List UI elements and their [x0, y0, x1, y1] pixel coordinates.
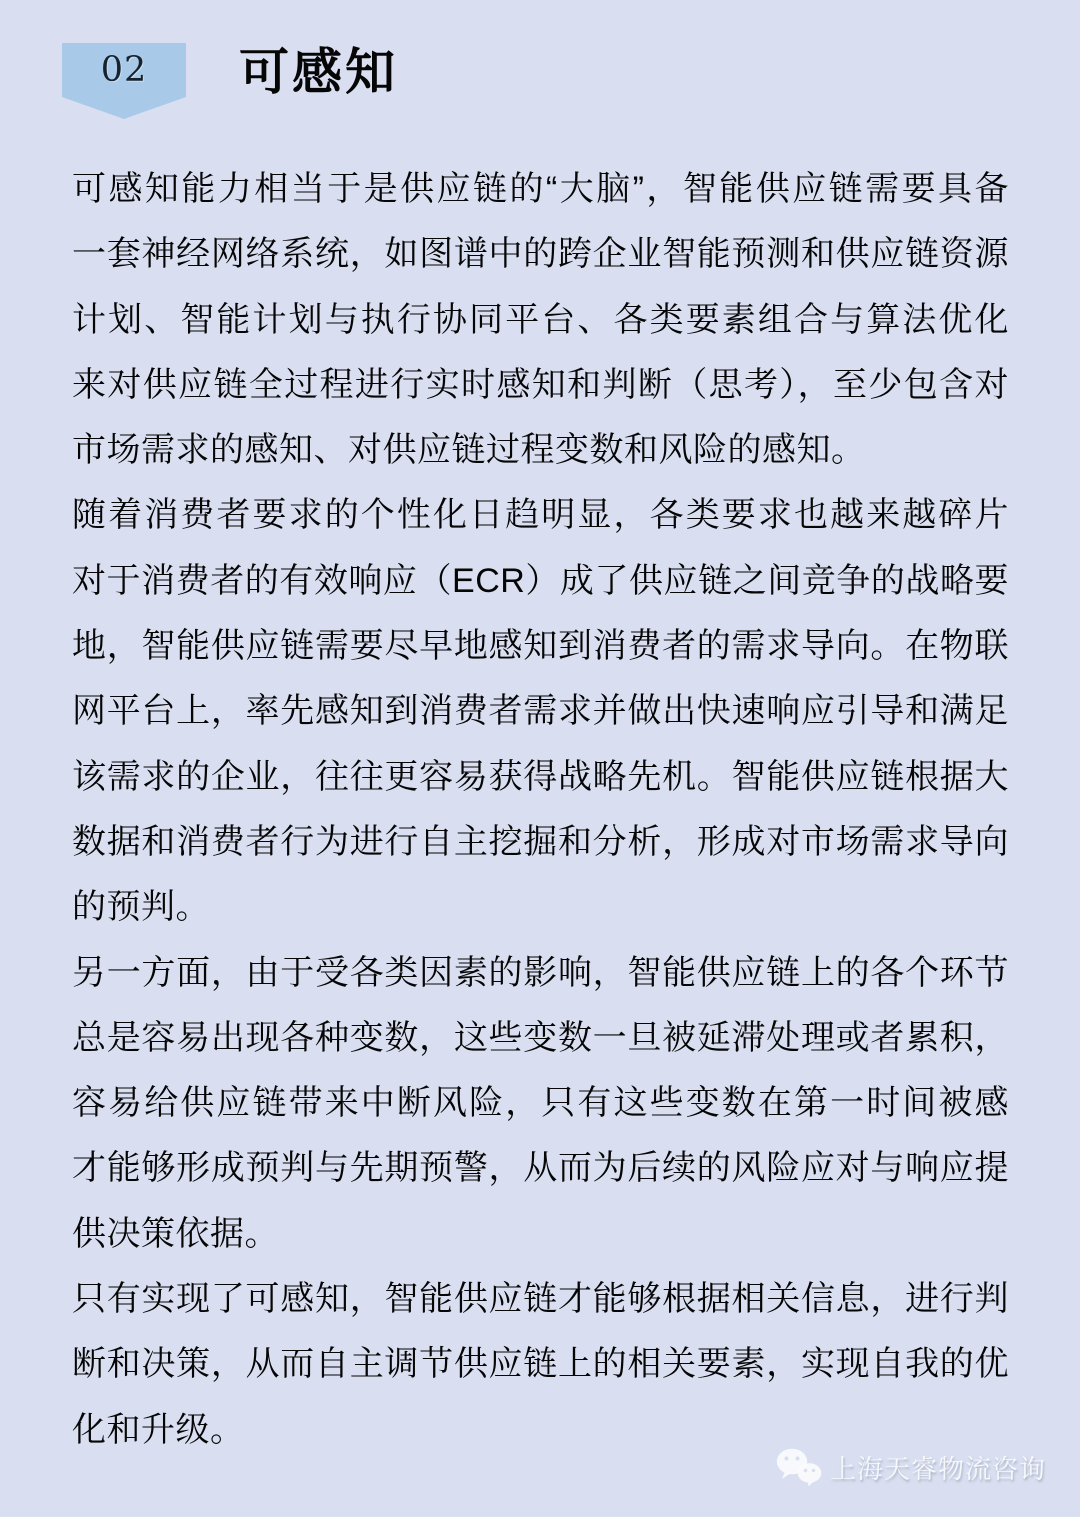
page-title: 可感知 [239, 41, 398, 103]
brand-name: 上海天睿物流咨询 [830, 1449, 1046, 1486]
wechat-icon [775, 1447, 823, 1487]
text-line: 数据和消费者行为进行自主挖掘和分析，形成对市场需求导向 [72, 810, 1009, 875]
text-line: 供决策依据。 [72, 1202, 1009, 1267]
article-page: 02 可感知 可感知能力相当于是供应链的“大脑”，智能供应链需要具备一套神经网络… [0, 0, 1080, 1517]
text-line: 计划、智能计划与执行协同平台、各类要素组合与算法优化等， [72, 288, 1009, 353]
text-line: 市场需求的感知、对供应链过程变数和风险的感知。 [72, 418, 1009, 483]
text-line: 断和决策，从而自主调节供应链上的相关要素，实现自我的优 [72, 1332, 1009, 1397]
text-line: 容易给供应链带来中断风险，只有这些变数在第一时间被感知， [72, 1071, 1009, 1136]
text-line: 随着消费者要求的个性化日趋明显，各类要求也越来越碎片化， [72, 483, 1009, 548]
text-line: 网平台上，率先感知到消费者需求并做出快速响应引导和满足 [72, 679, 1009, 744]
brand-watermark: 上海天睿物流咨询 [775, 1447, 1046, 1487]
text-line: 来对供应链全过程进行实时感知和判断（思考），至少包含对 [72, 353, 1009, 418]
text-line: 该需求的企业，往往更容易获得战略先机。智能供应链根据大 [72, 745, 1009, 810]
text-line: 对于消费者的有效响应（ECR）成了供应链之间竞争的战略要 [72, 549, 1009, 614]
text-line: 可感知能力相当于是供应链的“大脑”，智能供应链需要具备 [72, 157, 1009, 222]
text-line: 才能够形成预判与先期预警，从而为后续的风险应对与响应提 [72, 1136, 1009, 1201]
text-line: 总是容易出现各种变数，这些变数一旦被延滞处理或者累积， [72, 1006, 1009, 1071]
section-number-badge: 02 [62, 43, 186, 119]
text-line: 另一方面，由于受各类因素的影响，智能供应链上的各个环节 [72, 941, 1009, 1006]
text-line: 地，智能供应链需要尽早地感知到消费者的需求导向。在物联 [72, 614, 1009, 679]
article-text: 可感知能力相当于是供应链的“大脑”，智能供应链需要具备一套神经网络系统，如图谱中… [72, 157, 1009, 1463]
text-line: 一套神经网络系统，如图谱中的跨企业智能预测和供应链资源 [72, 222, 1009, 287]
text-line: 的预判。 [72, 875, 1009, 940]
text-line: 只有实现了可感知，智能供应链才能够根据相关信息，进行判 [72, 1267, 1009, 1332]
section-number: 02 [62, 43, 186, 97]
